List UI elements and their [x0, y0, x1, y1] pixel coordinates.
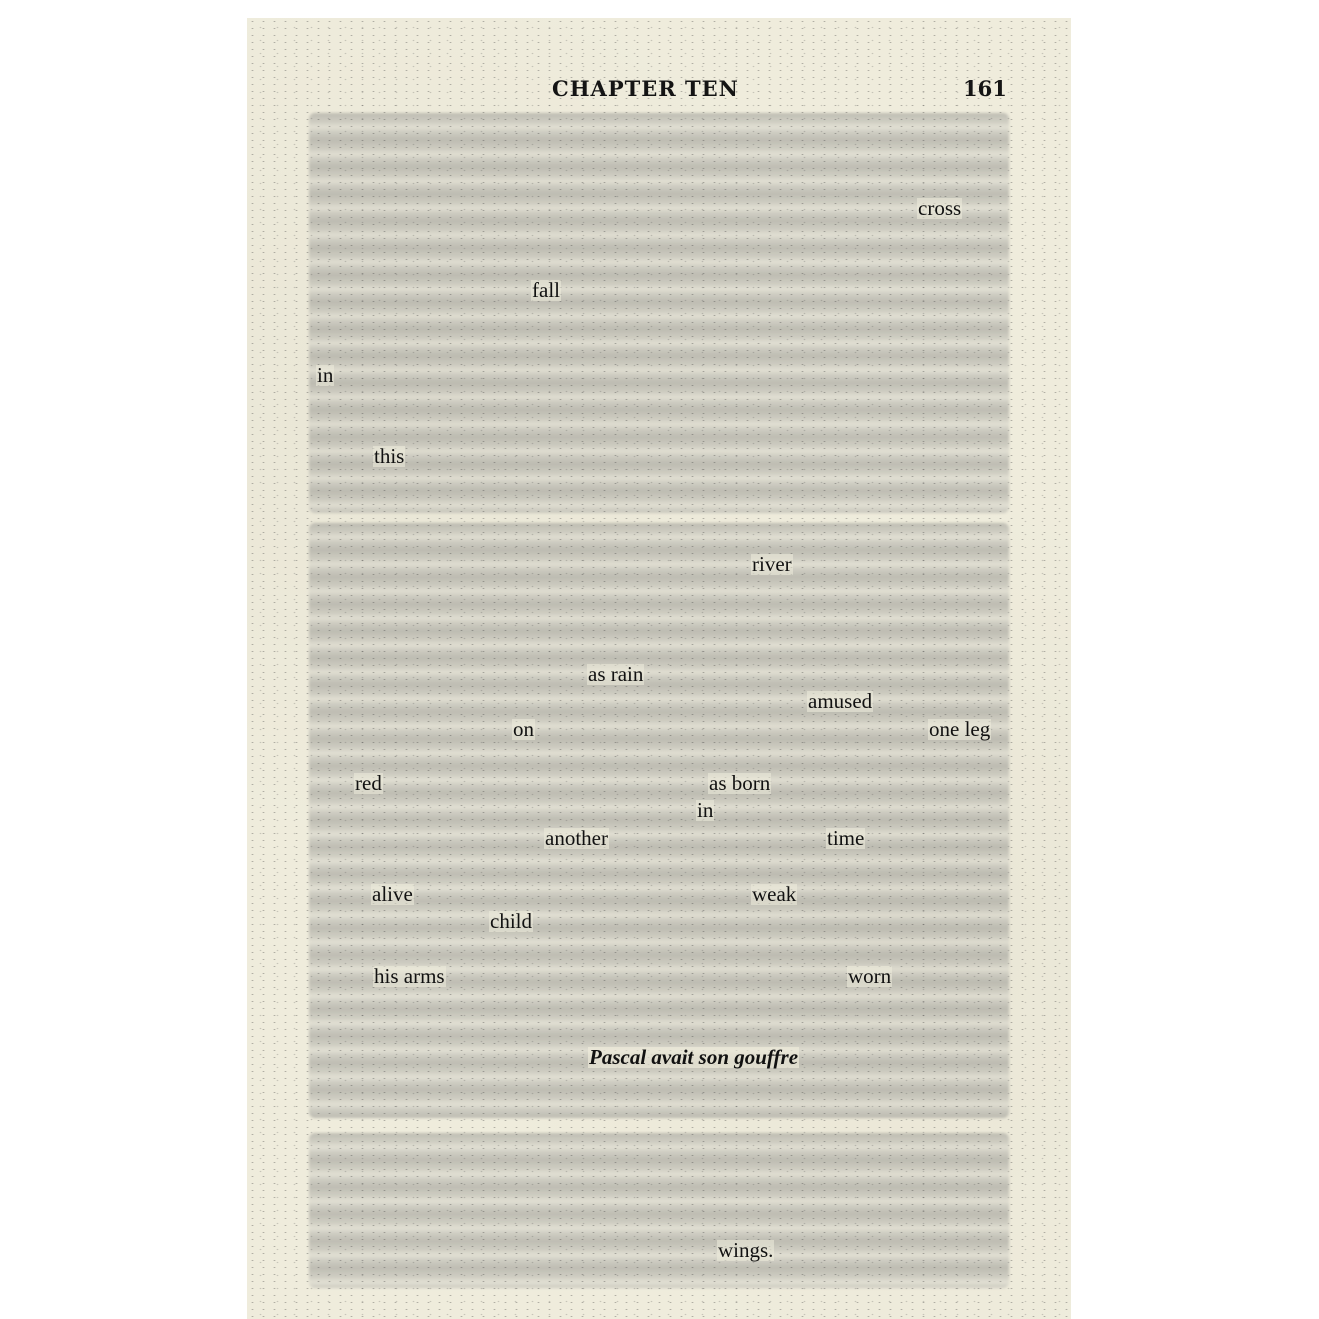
word-in: in [696, 800, 714, 821]
word-river: river [751, 554, 793, 575]
page-number: 161 [963, 76, 1007, 101]
word-this: this [373, 446, 405, 467]
word-one-leg: one leg [928, 719, 991, 740]
word-alive: alive [371, 884, 414, 905]
book-page: CHAPTER TEN 161 cross fall in this river… [247, 18, 1071, 1319]
word-in: in [316, 365, 334, 386]
word-fall: fall [531, 280, 561, 301]
word-red: red [354, 773, 383, 794]
word-on: on [512, 719, 535, 740]
word-as-rain: as rain [587, 664, 644, 685]
word-child: child [489, 911, 533, 932]
word-as-born: as born [708, 773, 771, 794]
word-worn: worn [847, 966, 892, 987]
quote-pascal: Pascal avait son gouffre [588, 1047, 799, 1068]
erased-text-block [309, 113, 1009, 513]
word-another: another [544, 828, 609, 849]
word-wings: wings. [717, 1240, 774, 1261]
word-cross: cross [917, 198, 962, 219]
word-weak: weak [751, 884, 797, 905]
erased-text-block [309, 523, 1009, 1118]
word-time: time [826, 828, 865, 849]
word-his-arms: his arms [373, 966, 446, 987]
word-amused: amused [807, 691, 873, 712]
chapter-title: CHAPTER TEN [552, 76, 739, 101]
erased-text-block [309, 1133, 1009, 1288]
